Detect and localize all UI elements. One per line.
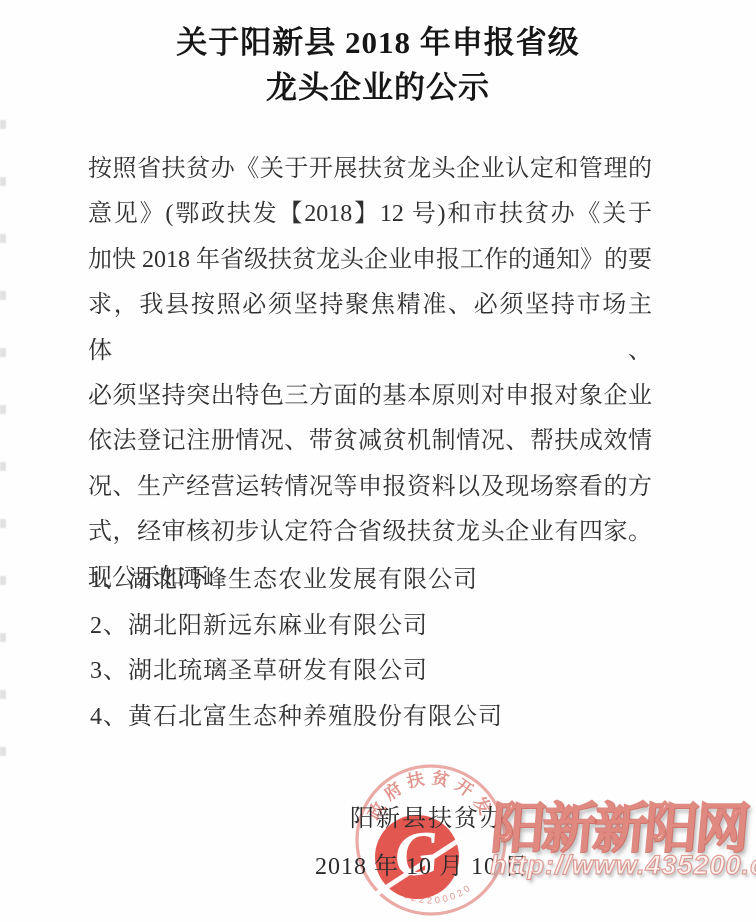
scanned-document-page: 关于阳新县 2018 年申报省级 龙头企业的公示 按照省扶贫办《关于开展扶贫龙头… [0,0,756,922]
title-line-1: 关于阳新县 2018 年申报省级 [0,20,756,65]
body-line-8: 式，经审核初步认定符合省级扶贫龙头企业有四家。 [88,510,652,555]
body-line-6: 依法登记注册情况、带贫减贫机制情况、帮扶成效情 [88,419,652,464]
watermark-url: http://www.435200.com [490,850,756,881]
company-list-item-3: 3、湖北琉璃圣草研发有限公司 [90,649,654,695]
body-line-5: 必须坚持突出特色三方面的基本原则对申报对象企业 [88,374,652,419]
scan-edge-artifacts [0,120,6,780]
title-line-2: 龙头企业的公示 [0,65,756,110]
body-line-3: 加快 2018 年省级扶贫龙头企业申报工作的通知》的要 [88,238,652,283]
document-title: 关于阳新县 2018 年申报省级 龙头企业的公示 [0,20,756,110]
body-line-2: 意见》(鄂政扶发【2018】12 号)和市扶贫办《关于 [88,192,652,237]
body-line-1: 按照省扶贫办《关于开展扶贫龙头企业认定和管理的 [88,147,652,192]
body-line-7: 况、生产经营运转情况等申报资料以及现场察看的方 [88,465,652,510]
signature: 阳新县扶贫办 [350,798,506,833]
document-body: 按照省扶贫办《关于开展扶贫龙头企业认定和管理的 意见》(鄂政扶发【2018】12… [88,147,652,601]
company-list-item-2: 2、湖北阳新远东麻业有限公司 [90,604,654,650]
body-line-4: 求，我县按照必须坚持聚焦精准、必须坚持市场主体、 [88,283,652,374]
company-list-item-4: 4、黄石北富生态种养殖股份有限公司 [90,695,654,741]
company-list-item-1: 1、湖北鸿峰生态农业发展有限公司 [90,558,654,604]
company-list: 1、湖北鸿峰生态农业发展有限公司 2、湖北阳新远东麻业有限公司 3、湖北琉璃圣草… [90,558,654,740]
